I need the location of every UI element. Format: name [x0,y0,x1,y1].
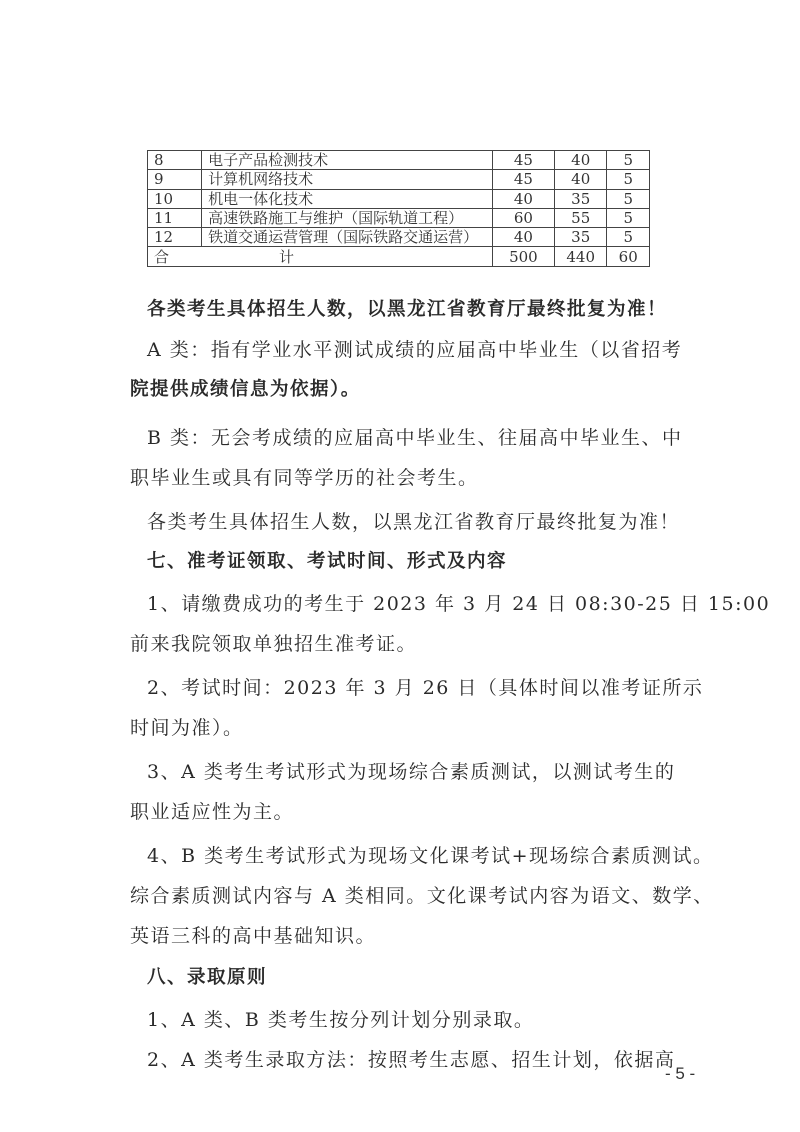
row-number: 8 [148,151,202,170]
row-number: 12 [148,228,202,247]
a-class-text: A 类：指有学业水平测试成绩的应届高中毕业生（以省招考 [147,339,682,361]
plan-b: 5 [607,170,650,189]
section-7-heading: 七、准考证领取、考试时间、形式及内容 [147,542,667,582]
total-label-he: 合 [154,248,169,266]
table-row: 10 机电一体化技术 40 35 5 [148,189,650,208]
table-row: 12 铁道交通运营管理（国际铁路交通运营） 40 35 5 [148,228,650,247]
plan-total: 60 [492,208,554,227]
section-7-item-4-line3: 英语三科的高中基础知识。 [130,916,650,956]
section-7-item-3-line2: 职业适应性为主。 [130,792,650,832]
plan-total: 45 [492,170,554,189]
plan-total: 40 [492,189,554,208]
total-label-ji: 计 [279,248,294,266]
section-8-item-2-line1: 2、A 类考生录取方法：按照考生志愿、招生计划，依据高 [147,1040,667,1080]
row-number: 9 [148,170,202,189]
total-label: 合计 [148,247,493,266]
section-7-item-1-line2: 前来我院领取单独招生准考证。 [130,624,650,664]
total-b: 60 [607,247,650,266]
plan-b: 5 [607,208,650,227]
enrollment-note-bold: 各类考生具体招生人数，以黑龙江省教育厅最终批复为准！ [147,290,667,330]
table-row: 8 电子产品检测技术 45 40 5 [148,151,650,170]
enrollment-plan-table: 8 电子产品检测技术 45 40 5 9 计算机网络技术 45 40 5 10 … [147,150,650,267]
section-7-item-4-line1: 4、B 类考生考试形式为现场文化课考试+现场综合素质测试。 [147,836,667,876]
page-number: - 5 - [665,1064,695,1084]
row-number: 10 [148,189,202,208]
total-a: 440 [554,247,607,266]
section-7-item-2-line1: 2、考试时间：2023 年 3 月 26 日（具体时间以准考证所示 [147,668,667,708]
enrollment-note: 各类考生具体招生人数，以黑龙江省教育厅最终批复为准！ [147,502,667,542]
plan-b: 5 [607,189,650,208]
section-7-item-2-line2: 时间为准）。 [130,708,650,748]
section-7-item-3-line1: 3、A 类考生考试形式为现场综合素质测试，以测试考生的 [147,752,667,792]
plan-b: 5 [607,228,650,247]
major-name: 铁道交通运营管理（国际铁路交通运营） [202,228,493,247]
major-name: 电子产品检测技术 [202,151,493,170]
row-number: 11 [148,208,202,227]
plan-a: 35 [554,189,607,208]
plan-a: 40 [554,170,607,189]
plan-total: 40 [492,228,554,247]
plan-a: 35 [554,228,607,247]
a-class-definition-line1: A 类：指有学业水平测试成绩的应届高中毕业生（以省招考 [147,330,667,370]
plan-a: 40 [554,151,607,170]
major-name: 高速铁路施工与维护（国际轨道工程） [202,208,493,227]
plan-total: 45 [492,151,554,170]
section-7-item-1-line1: 1、请缴费成功的考生于 2023 年 3 月 24 日 08:30-25 日 1… [147,584,667,624]
table-row: 9 计算机网络技术 45 40 5 [148,170,650,189]
b-class-definition-line1: B 类：无会考成绩的应届高中毕业生、往届高中毕业生、中 [147,418,667,458]
total-plan: 500 [492,247,554,266]
section-7-item-4-line2: 综合素质测试内容与 A 类相同。文化课考试内容为语文、数学、 [130,876,650,916]
a-class-definition-line2: 院提供成绩信息为依据）。 [130,370,650,410]
b-class-definition-line2: 职毕业生或具有同等学历的社会考生。 [130,458,650,498]
major-name: 计算机网络技术 [202,170,493,189]
plan-b: 5 [607,151,650,170]
plan-a: 55 [554,208,607,227]
section-8-item-1: 1、A 类、B 类考生按分列计划分别录取。 [147,1000,667,1040]
table-row: 11 高速铁路施工与维护（国际轨道工程） 60 55 5 [148,208,650,227]
section-8-heading: 八、录取原则 [147,958,667,998]
table-total-row: 合计 500 440 60 [148,247,650,266]
major-name: 机电一体化技术 [202,189,493,208]
